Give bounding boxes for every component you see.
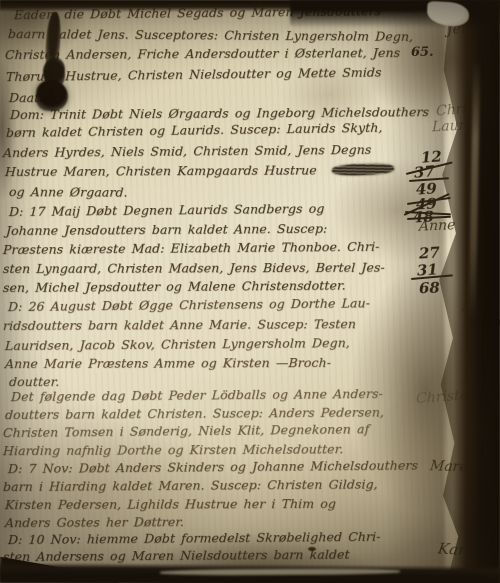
manuscript-line: D: 17 Maij Døbt Degnen Laurids Sandbergs… [9,202,325,219]
scanned-register-page: Eadem die Døbt Michel Segads og Maren Je… [0,0,500,583]
manuscript-line: Kirsten Pedersen, Lighilds Hustrue her i… [5,497,337,512]
manuscript-line: sen, Michel Jepsdoutter og Malene Christ… [3,279,346,295]
manuscript-line: D: 10 Nov: hiemme Døbt formedelst Skrøbe… [8,530,381,547]
manuscript-line: ridsdoutters barn kaldet Anne Marie. Sus… [3,317,357,333]
manuscript-line: Johanne Jensdoutters barn kaldet Anne. S… [6,222,328,238]
binding-shadow [385,0,445,583]
manuscript-line: Anders Gostes her Døttrer. [5,515,185,530]
manuscript-line: Hustrue Maren, Christen Kampgaards Hustr… [5,163,317,178]
manuscript-line: Anders Hyrdes, Niels Smid, Christen Smid… [3,143,372,160]
manuscript-line: doutter. [9,375,60,389]
manuscript-line: Hiarding nafnlig Dorthe og Kirsten Miche… [3,442,344,458]
manuscript-line: sten Lyngaard, Christen Madsen, Jens Bid… [3,261,386,276]
manuscript-line: Christen Andersen, Friche Andersdoutter … [5,46,401,62]
manuscript-line: Anne Marie Præstens Amme og Kirsten —Bro… [5,356,332,371]
manuscript-line: Præstens kiæreste Mad: Elizabeth Marie T… [3,240,380,257]
manuscript-line: baarn kaldet Jens. Susceptores: Christen… [8,27,414,44]
ink-smudge [308,547,316,551]
manuscript-line: og Anne Ørgaard. [9,185,128,199]
manuscript-line: Lauridsen, Jacob Skov, Christen Lyngersh… [5,336,351,353]
manuscript-line: Det følgende dag Døbt Peder Lödballs og … [11,387,384,404]
manuscript-line: sten Andersens og Maren Nielsdoutters ba… [3,548,350,564]
manuscript-line: barn i Hiarding kaldet Maren. Suscep: Ch… [3,477,378,493]
ink-blot [36,80,68,111]
manuscript-line: doutters barn kaldet Christen. Suscep: A… [5,405,385,421]
